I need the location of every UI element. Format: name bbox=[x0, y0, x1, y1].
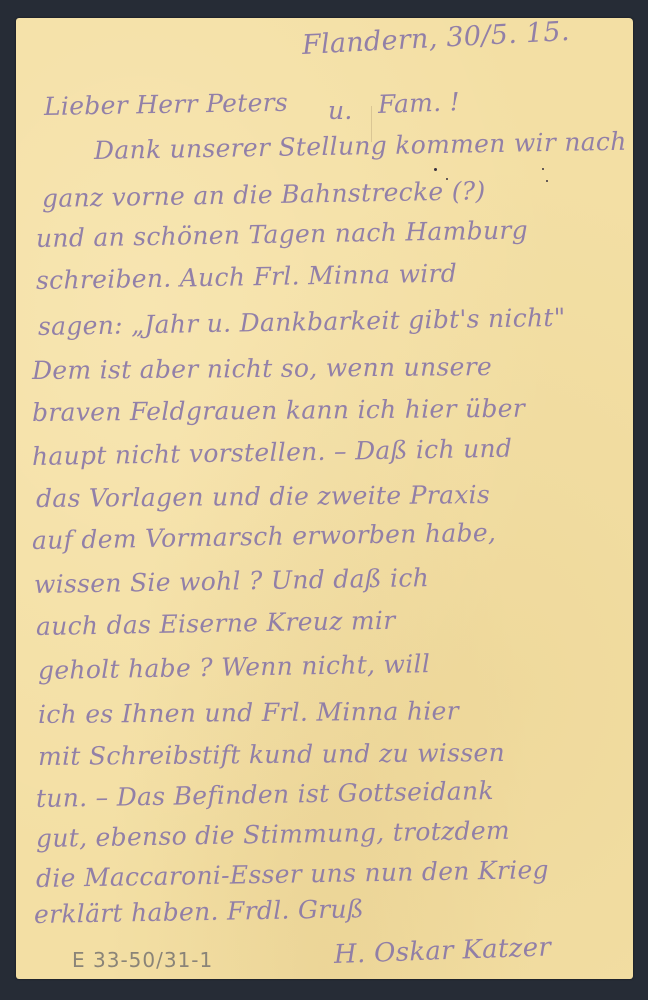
place-date: Flandern, 30/5. 15. bbox=[301, 16, 570, 61]
body-line-13: geholt habe ? Wenn nicht, will bbox=[38, 649, 431, 685]
body-line-11: wissen Sie wohl ? Und daß ich bbox=[34, 563, 430, 599]
body-line-1: Dank unserer Stellung kommen wir nach bbox=[94, 127, 627, 165]
ink-spot bbox=[434, 168, 437, 171]
body-line-7: braven Feldgrauen kann ich hier über bbox=[32, 394, 525, 427]
body-line-8: haupt nicht vorstellen. – Daß ich und bbox=[32, 434, 513, 471]
body-line-5: sagen: „Jahr u. Dankbarkeit gibt's nicht… bbox=[38, 303, 566, 341]
ink-spot bbox=[446, 178, 448, 180]
body-line-19: erklärt haben. Frdl. Gruß bbox=[34, 894, 364, 929]
body-line-15: mit Schreibstift kund und zu wissen bbox=[38, 738, 505, 771]
archive-number: E 33-50/31-1 bbox=[72, 948, 213, 972]
body-line-18: die Maccaroni-Esser uns nun den Krieg bbox=[36, 855, 549, 893]
body-line-14: ich es Ihnen und Frl. Minna hier bbox=[38, 696, 459, 729]
body-line-3: und an schönen Tagen nach Hamburg bbox=[36, 215, 528, 253]
body-line-10: auf dem Vormarsch erworben habe, bbox=[32, 518, 497, 555]
ink-spot bbox=[546, 180, 548, 182]
body-line-6: Dem ist aber nicht so, wenn unsere bbox=[32, 352, 492, 385]
body-line-2: ganz vorne an die Bahnstrecke (?) bbox=[42, 176, 486, 213]
ink-spot bbox=[542, 168, 544, 170]
salutation-left: Lieber Herr Peters bbox=[44, 88, 289, 121]
body-line-16: tun. – Das Befinden ist Gottseidank bbox=[36, 776, 494, 813]
body-line-9: das Vorlagen und die zweite Praxis bbox=[36, 480, 490, 513]
signature: H. Oskar Katzer bbox=[333, 932, 551, 970]
salutation-right: Fam. ! bbox=[377, 87, 460, 119]
salutation-connector: u. bbox=[328, 96, 353, 125]
body-line-4: schreiben. Auch Frl. Minna wird bbox=[36, 259, 458, 295]
postcard: Flandern, 30/5. 15. Lieber Herr Peters u… bbox=[16, 18, 633, 979]
body-line-12: auch das Eiserne Kreuz mir bbox=[36, 606, 396, 641]
body-line-17: gut, ebenso die Stimmung, trotzdem bbox=[36, 816, 510, 853]
